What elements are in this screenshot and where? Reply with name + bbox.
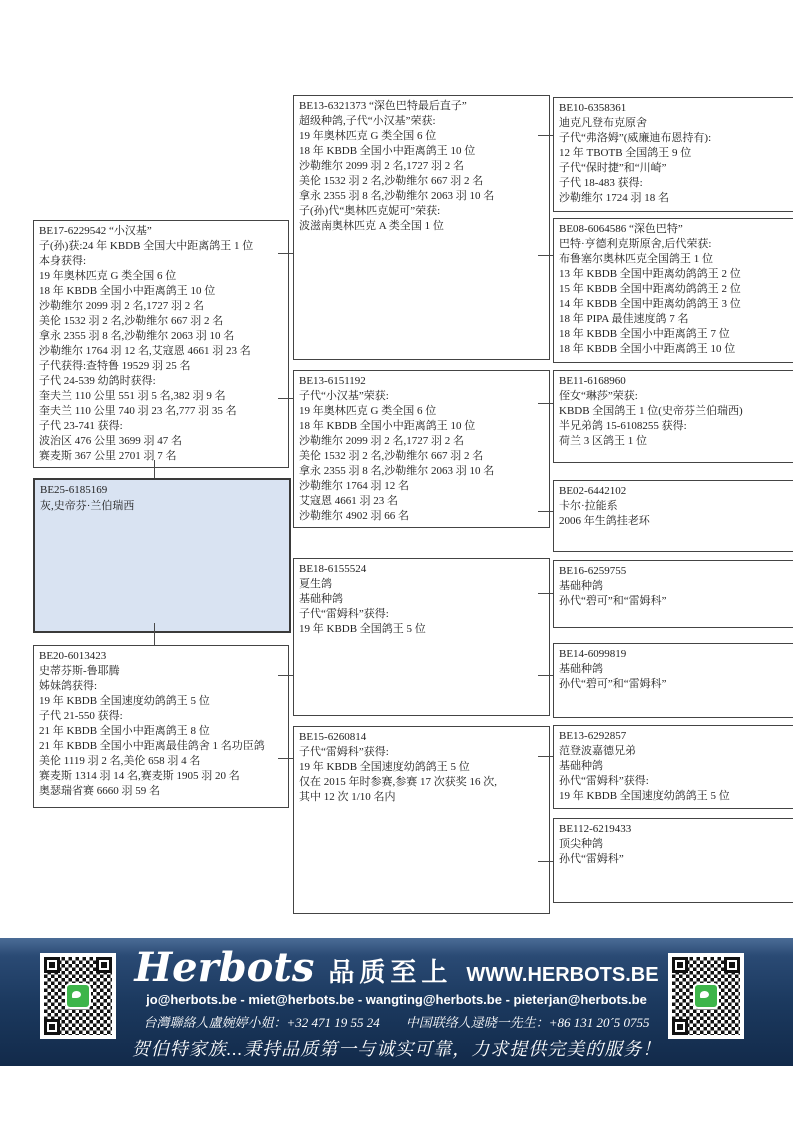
qr-finder-icon xyxy=(96,957,112,973)
pedigree-box-ggp-4: BE02-6442102卡尔·拉能系2006 年生鸽挂老环 xyxy=(553,480,793,552)
qr-finder-icon xyxy=(724,957,740,973)
footer-website-link[interactable]: WWW.HERBOTS.BE xyxy=(466,964,658,987)
pedigree-box-ggp-8: BE112-6219433顶尖种鸽孙代“雷姆科” xyxy=(553,818,793,903)
qr-finder-icon xyxy=(672,1019,688,1035)
qr-code-left xyxy=(40,953,116,1039)
connector-g3-ggp5 xyxy=(538,593,553,594)
pedigree-box-grandsire-1: BE13-6321373 “深色巴特最后直子”超级种鸽,子代“小汉基”荣获:19… xyxy=(293,95,550,360)
pedigree-box-ggp-5: BE16-6259755基础种鸽孙代“碧可”和“雷姆科” xyxy=(553,560,793,628)
pedigree-box-granddam-1: BE13-6151192子代“小汉基”荣获:19 年奥林匹克 G 类全国 6 位… xyxy=(293,370,550,528)
qr-finder-icon xyxy=(44,1019,60,1035)
pedigree-box-dam: BE20-6013423史蒂芬斯-鲁耶腾姊妹鸽获得:19 年 KBDB 全国速度… xyxy=(33,645,289,808)
herbots-logo: Herbots xyxy=(134,946,314,990)
connector-g3-ggp8 xyxy=(538,861,553,862)
connector-g3-ggp1 xyxy=(538,135,553,136)
pedigree-box-ggp-6: BE14-6099819基础种鸽孙代“碧可”和“雷姆科” xyxy=(553,643,793,718)
qr-code-right xyxy=(668,953,744,1039)
footer-banner: Herbots 品质至上 WWW.HERBOTS.BE jo@herbots.b… xyxy=(0,938,793,1066)
pedigree-box-sire: BE17-6229542 “小汉基”子(孙)获:24 年 KBDB 全国大中距离… xyxy=(33,220,289,468)
connector-sire-granddam1 xyxy=(278,398,293,399)
pedigree-page: BE17-6229542 “小汉基”子(孙)获:24 年 KBDB 全国大中距离… xyxy=(0,0,793,1122)
pedigree-box-ggp-2: BE08-6064586 “深色巴特”巴特·亨德利克斯原舍,后代荣获:布鲁塞尔奥… xyxy=(553,218,793,363)
wechat-icon xyxy=(65,983,91,1009)
connector-g3-ggp2 xyxy=(538,255,553,256)
qr-finder-icon xyxy=(672,957,688,973)
footer-emails[interactable]: jo@herbots.be - miet@herbots.be - wangti… xyxy=(146,992,647,1007)
qr-pattern xyxy=(672,957,740,1035)
connector-g3-ggp6 xyxy=(538,675,553,676)
pedigree-box-subject: BE25-6185169灰,史帝芬·兰伯瑞西 xyxy=(33,478,291,633)
connector-dam-granddam2 xyxy=(278,758,293,759)
pedigree-box-ggp-3: BE11-6168960侄女“琳莎”荣获:KBDB 全国鸽王 1 位(史帝芬兰伯… xyxy=(553,370,793,463)
qr-finder-icon xyxy=(44,957,60,973)
connector-dam-grandsire2 xyxy=(278,675,293,676)
pedigree-box-granddam-2: BE15-6260814子代“雷姆科”获得:19 年 KBDB 全国速度幼鸽鸽王… xyxy=(293,726,550,914)
connector-sire-subject xyxy=(154,460,155,478)
pedigree-box-ggp-7: BE13-6292857范登波嘉德兄弟基础种鸽孙代“雷姆科”获得:19 年 KB… xyxy=(553,725,793,809)
pedigree-box-grandsire-2: BE18-6155524夏生鸽基础种鸽子代“雷姆科”获得:19 年 KBDB 全… xyxy=(293,558,550,716)
connector-subject-dam xyxy=(154,623,155,645)
connector-sire-grandsire1 xyxy=(278,253,293,254)
connector-g3-ggp3 xyxy=(538,403,553,404)
wechat-icon xyxy=(693,983,719,1009)
connector-g3-ggp7 xyxy=(538,756,553,757)
footer-tagline: 品质至上 xyxy=(328,952,452,989)
pedigree-box-ggp-1: BE10-6358361迪克凡登布克原舍子代“弗洛姆”(威廉迪布恩持有):12 … xyxy=(553,97,793,212)
qr-pattern xyxy=(44,957,112,1035)
connector-g3-ggp4 xyxy=(538,511,553,512)
footer-contacts: 台灣聯絡人盧婉婷小姐：+32 471 19 55 24 中国联络人逯晓一先生：+… xyxy=(143,1012,649,1031)
footer-slogan: 贺伯特家族...秉持品质第一与诚实可靠，力求提供完美的服务！ xyxy=(132,1035,662,1061)
